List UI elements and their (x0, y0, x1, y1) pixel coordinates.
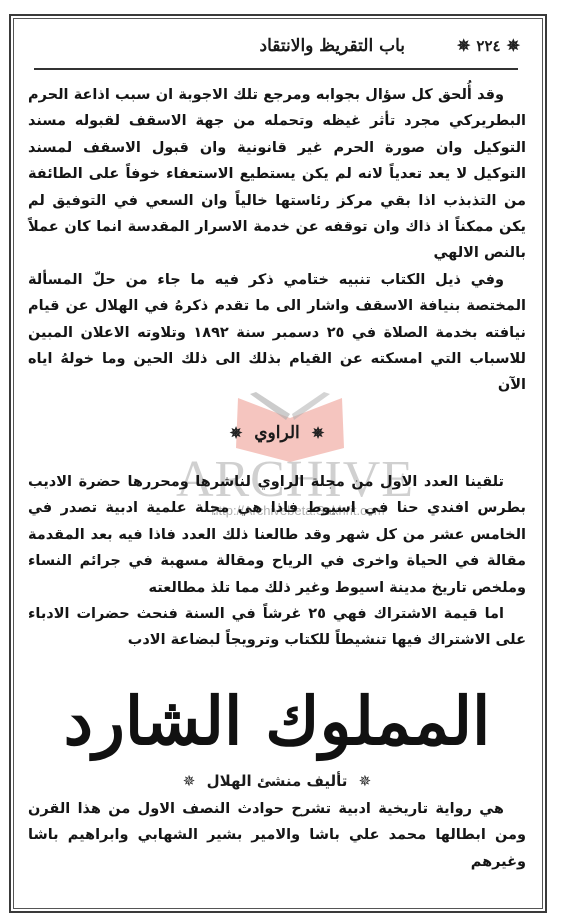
book-title-calligraphy: المملوك الشارد (26, 688, 528, 754)
page-content: ✵ ٢٢٤ ✵ باب التقريظ والانتقاد وقد أُلحق … (26, 28, 528, 875)
star-ornament-icon: ✵ (183, 772, 196, 790)
page-number: ٢٢٤ (476, 37, 500, 55)
paragraph: تلقينا العدد الاول من مجلة الراوي لناشره… (26, 469, 528, 601)
star-ornament-icon: ✵ (359, 772, 372, 790)
book-description: هي رواية تاريخية ادبية تشرح حوادث النصف … (26, 796, 528, 875)
section-heading-text: الراوي (254, 423, 300, 443)
running-header: ✵ ٢٢٤ ✵ باب التقريظ والانتقاد (26, 28, 528, 64)
header-divider (34, 68, 518, 70)
section-heading-rawi: ✵ الراوي ✵ (26, 423, 528, 443)
book-author-text: تأليف منشئ الهلال (207, 772, 348, 790)
paragraph: وفي ذيل الكتاب تنبيه ختامي ذكر فيه ما جا… (26, 267, 528, 399)
page-number-group: ✵ ٢٢٤ ✵ (457, 37, 520, 55)
paragraph: اما قيمة الاشتراك فهي ٢٥ غرشاً في السنة … (26, 601, 528, 654)
paragraph: وقد أُلحق كل سؤال بجوابه ومرجع تلك الاجو… (26, 82, 528, 267)
star-ornament-icon: ✵ (230, 424, 243, 442)
section-header-title: باب التقريظ والانتقاد (260, 36, 405, 56)
book-author-line: ✵ تأليف منشئ الهلال ✵ (26, 772, 528, 790)
star-ornament-icon: ✵ (457, 38, 470, 54)
star-ornament-icon: ✵ (312, 424, 325, 442)
star-ornament-icon: ✵ (507, 38, 520, 54)
